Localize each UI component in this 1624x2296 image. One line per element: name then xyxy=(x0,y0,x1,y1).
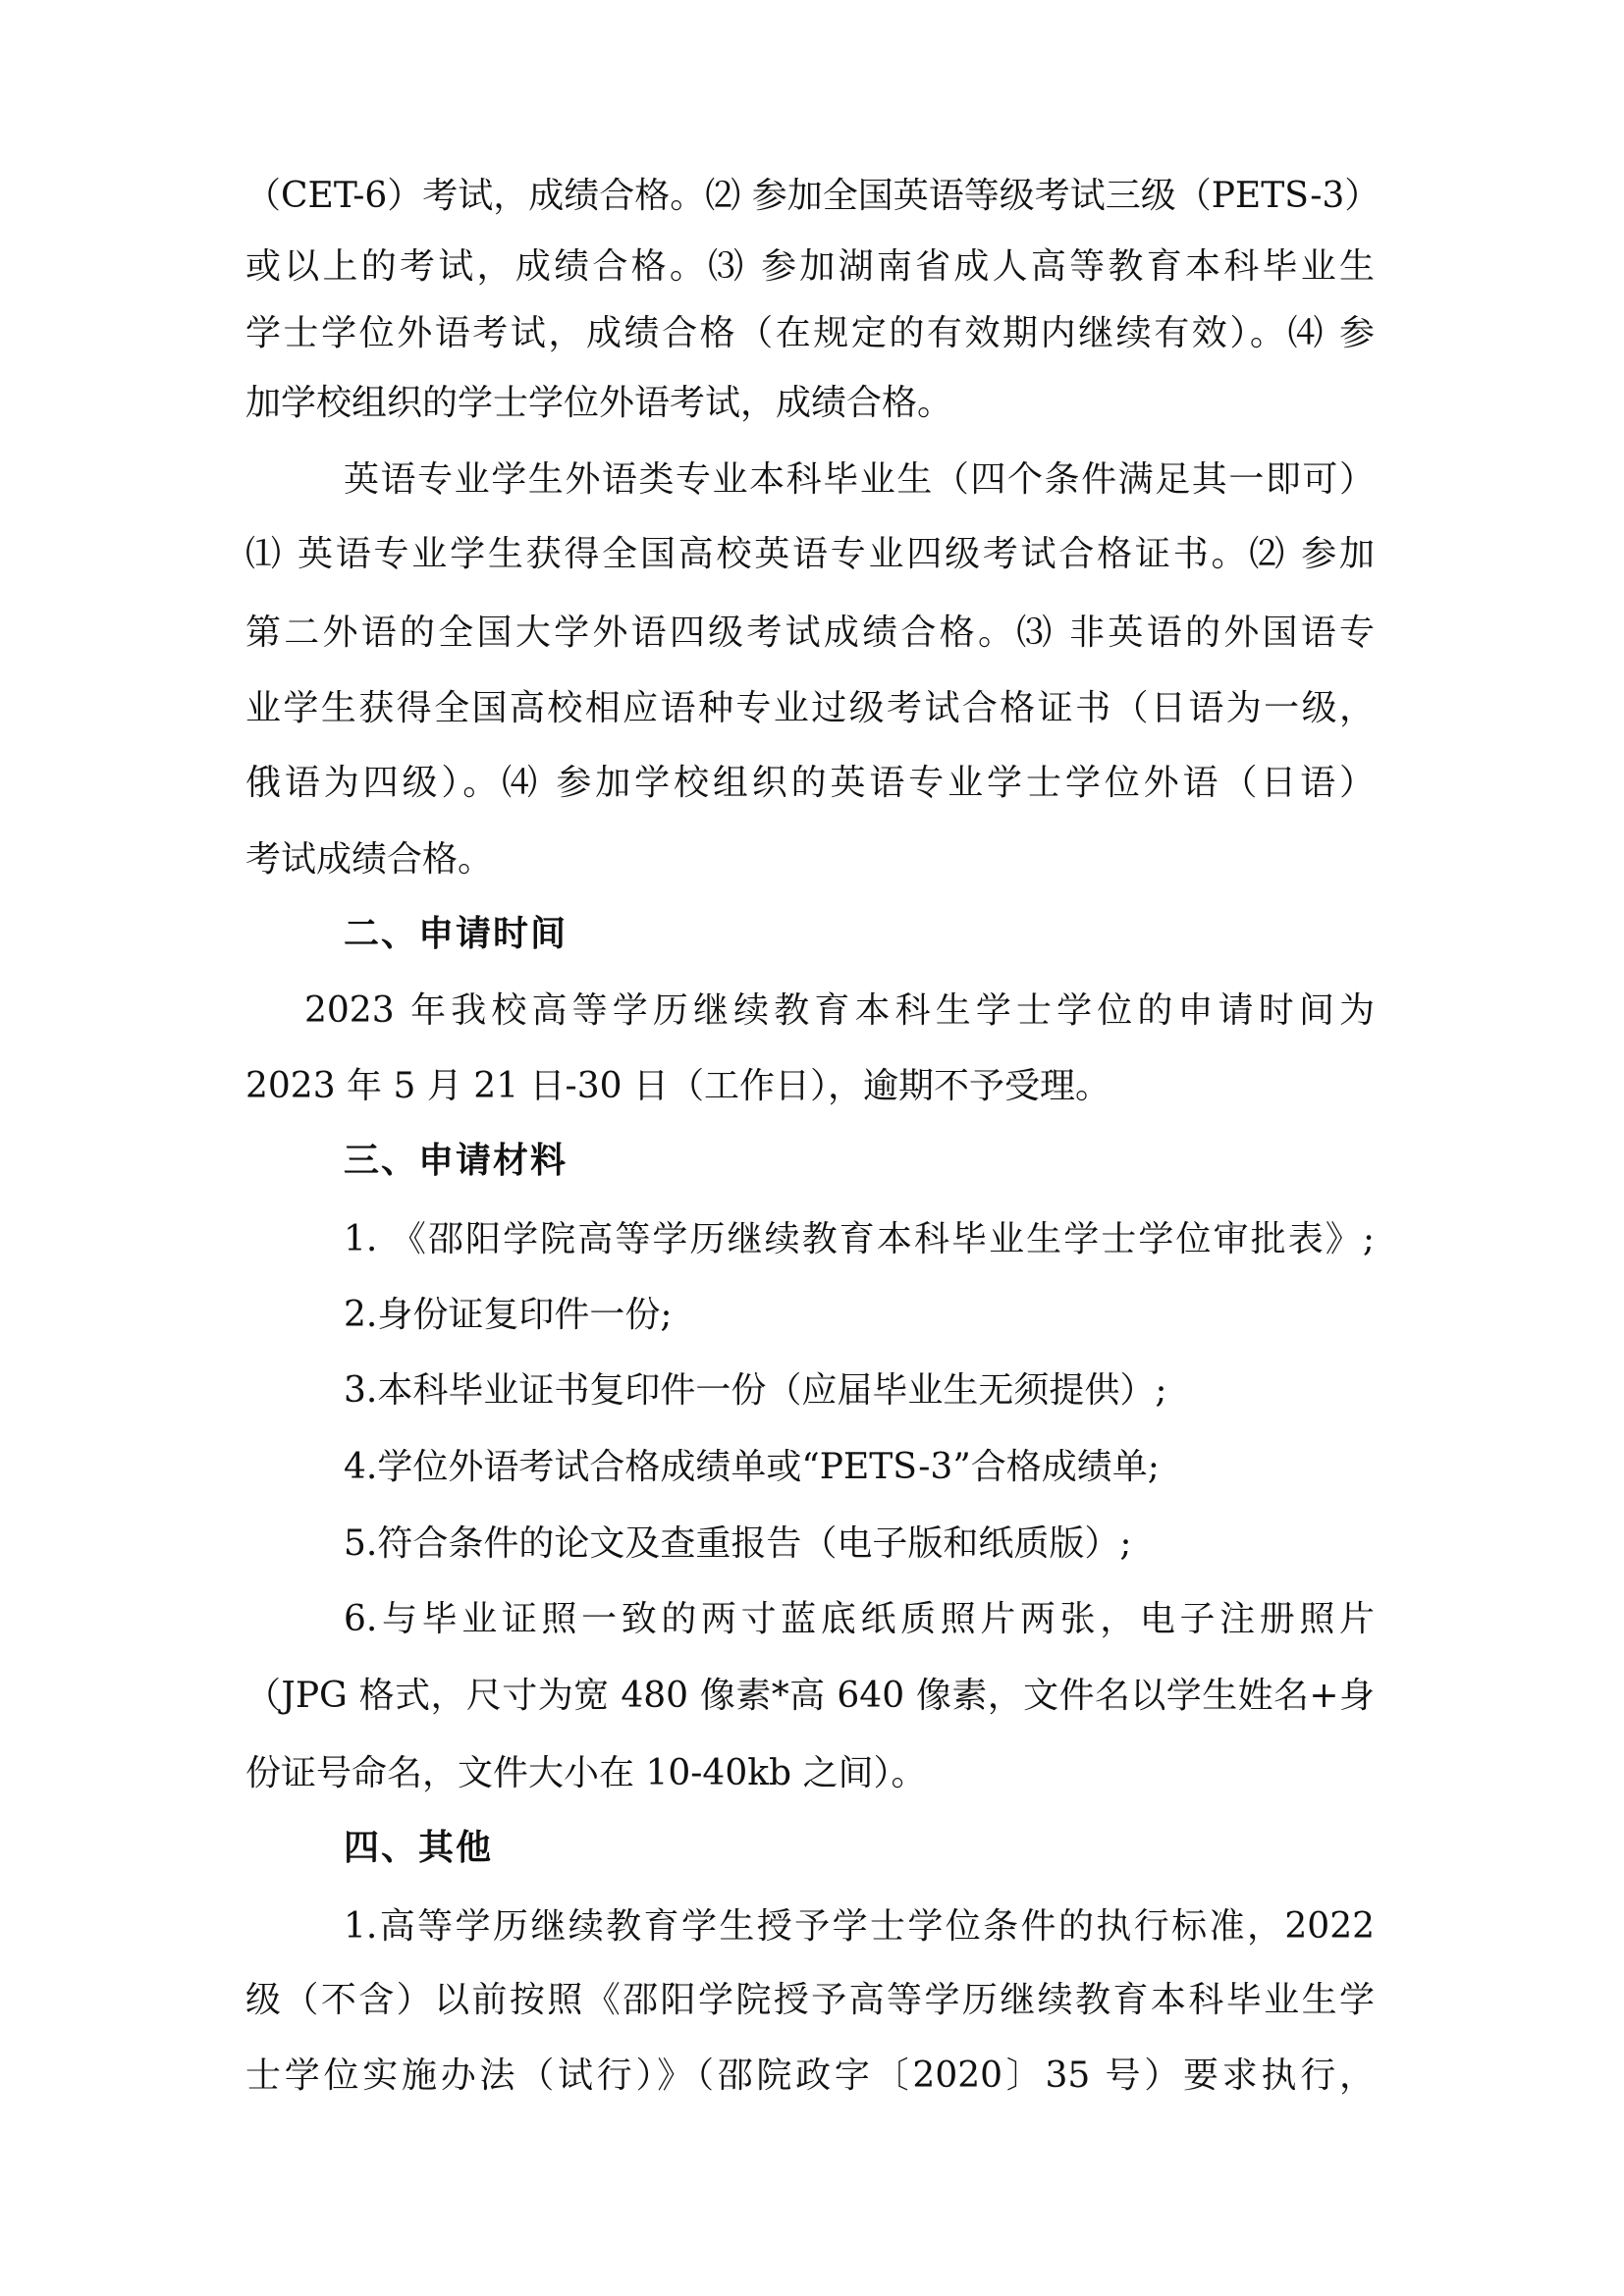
paragraph-line: 俄语为四级）。⑷ 参加学校组织的英语专业学士学位外语（日语） xyxy=(245,754,1375,813)
paragraph-line: 学士学位外语考试，成绩合格（在规定的有效期内继续有效）。⑷ 参 xyxy=(245,304,1375,363)
paragraph-line: （CET-6）考试，成绩合格。⑵ 参加全国英语等级考试三级（PETS-3） xyxy=(245,167,1375,226)
other-item-1: 1.高等学历继续教育学生授予学士学位条件的执行标准，2022 xyxy=(344,1897,1375,1956)
document-page: （CET-6）考试，成绩合格。⑵ 参加全国英语等级考试三级（PETS-3） 或以… xyxy=(0,0,1624,2296)
materials-item-3: 3.本科毕业证书复印件一份（应届毕业生无须提供）; xyxy=(344,1362,1375,1420)
materials-item-1: 1. 《邵阳学院高等学历继续教育本科毕业生学士学位审批表》; xyxy=(344,1210,1375,1269)
paragraph-line: 第二外语的全国大学外语四级考试成绩合格。⑶ 非英语的外国语专 xyxy=(245,604,1375,663)
paragraph-line: 或以上的考试，成绩合格。⑶ 参加湖南省成人高等教育本科毕业生 xyxy=(245,238,1375,296)
materials-item-6-cont: （JPG 格式，尺寸为宽 480 像素*高 640 像素，文件名以学生姓名+身 xyxy=(245,1667,1375,1726)
section-heading-other: 四、其他 xyxy=(344,1819,933,1878)
paragraph-line: ⑴ 英语专业学生获得全国高校英语专业四级考试合格证书。⑵ 参加 xyxy=(245,525,1375,584)
materials-item-6: 6.与毕业证照一致的两寸蓝底纸质照片两张，电子注册照片 xyxy=(344,1590,1375,1649)
paragraph-line: 业学生获得全国高校相应语种专业过级考试合格证书（日语为一级， xyxy=(245,679,1375,738)
materials-item-4: 4.学位外语考试合格成绩单或“PETS-3”合格成绩单; xyxy=(344,1438,1375,1497)
paragraph-line: 英语专业学生外语类专业本科毕业生（四个条件满足其一即可） xyxy=(344,451,1375,509)
paragraph-line: 2023 年 5 月 21 日-30 日（工作日），逾期不予受理。 xyxy=(245,1057,1375,1116)
materials-item-5: 5.符合条件的论文及查重报告（电子版和纸质版）; xyxy=(344,1515,1375,1574)
section-heading-application-materials: 三、申请材料 xyxy=(344,1132,933,1191)
paragraph-line: 考试成绩合格。 xyxy=(245,830,1375,889)
paragraph-line: 加学校组织的学士学位外语考试，成绩合格。 xyxy=(245,374,1375,433)
materials-item-6-cont: 份证号命名，文件大小在 10-40kb 之间）。 xyxy=(245,1744,1375,1803)
section-heading-application-time: 二、申请时间 xyxy=(344,905,933,964)
other-item-1-cont: 士学位实施办法（试行）》（邵院政字〔2020〕35 号）要求执行， xyxy=(245,2047,1375,2106)
paragraph-line: 2023 年我校高等学历继续教育本科生学士学位的申请时间为 xyxy=(304,982,1375,1041)
materials-item-2: 2.身份证复印件一份; xyxy=(344,1286,1375,1345)
other-item-1-cont: 级（不含）以前按照《邵阳学院授予高等学历继续教育本科毕业生学 xyxy=(245,1971,1375,2030)
